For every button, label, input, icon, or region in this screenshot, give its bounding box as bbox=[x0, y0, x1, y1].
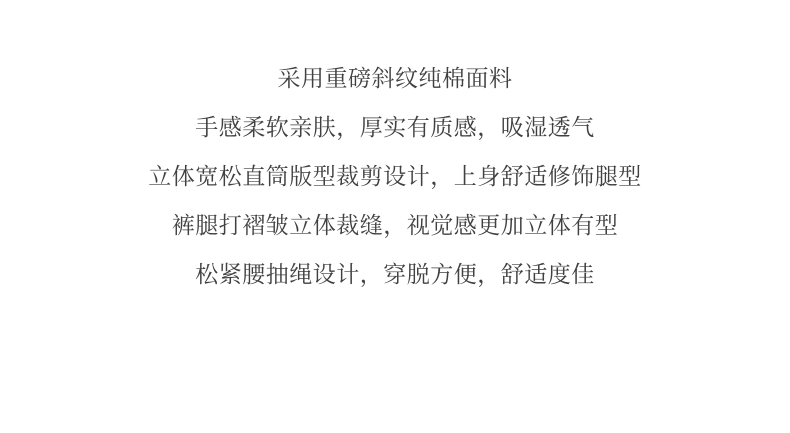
description-line-waist: 松紧腰抽绳设计，穿脱方便，舒适度佳 bbox=[0, 250, 790, 299]
description-line-feel: 手感柔软亲肤，厚实有质感，吸湿透气 bbox=[0, 103, 790, 152]
description-line-fit: 立体宽松直筒版型裁剪设计，上身舒适修饰腿型 bbox=[0, 152, 790, 201]
description-line-pleat: 裤腿打褶皱立体裁缝，视觉感更加立体有型 bbox=[0, 201, 790, 250]
product-description-block: 采用重磅斜纹纯棉面料 手感柔软亲肤，厚实有质感，吸湿透气 立体宽松直筒版型裁剪设… bbox=[0, 0, 790, 299]
description-line-fabric: 采用重磅斜纹纯棉面料 bbox=[0, 54, 790, 103]
